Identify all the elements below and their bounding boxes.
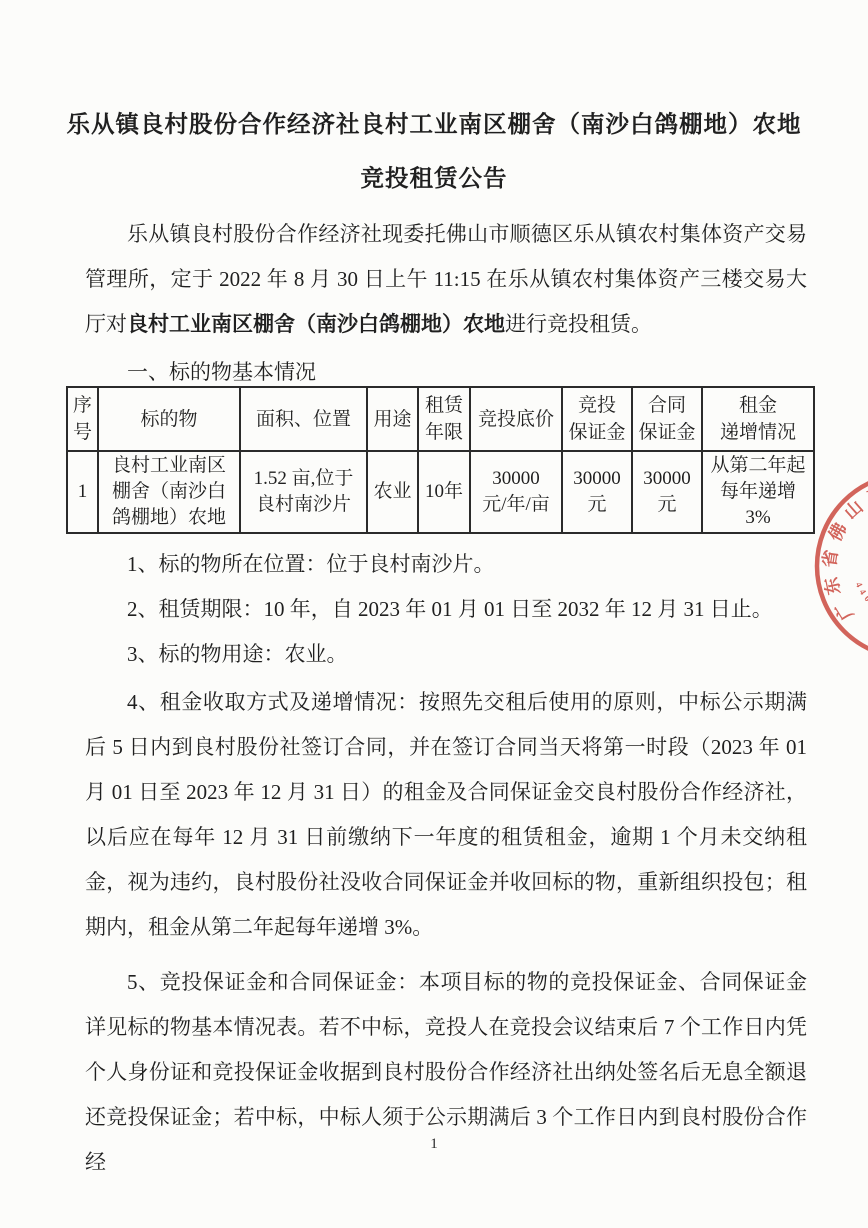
table-header-row: 序 号 标的物 面积、位置 用途 租赁 年限 竞投底价 竞投 保证金 合同 保证…	[67, 387, 814, 451]
title-line-2: 竞投租赁公告	[0, 152, 868, 206]
intro-post: 进行竞投租赁。	[505, 312, 652, 336]
cell-seq: 1	[67, 451, 98, 533]
seal-arc-text-holder: 广东省佛山市	[819, 479, 868, 624]
header-subject: 标的物	[98, 387, 240, 451]
cell-rent-increase: 从第二年起 每年递增 3%	[702, 451, 814, 533]
numbered-items: 1、标的物所在位置：位于良村南沙片。 2、租赁期限：10 年，自 2023 年 …	[85, 542, 807, 1185]
seal-outer-ring	[817, 474, 868, 658]
list-item-3: 3、标的物用途：农业。	[85, 632, 807, 677]
header-bid-deposit: 竞投 保证金	[562, 387, 632, 451]
cell-subject: 良村工业南区 棚舍（南沙白 鸽棚地）农地	[98, 451, 240, 533]
cell-bid-deposit: 30000 元	[562, 451, 632, 533]
intro-text: 乐从镇良村股份合作经济社现委托佛山市顺德区乐从镇农村集体资产交易管理所，定于 2…	[85, 212, 807, 347]
header-seq: 序 号	[67, 387, 98, 451]
seal-code-holder: 4406	[854, 581, 868, 612]
list-item-4: 4、租金收取方式及递增情况：按照先交租后使用的原则，中标公示期满后 5 日内到良…	[85, 680, 807, 950]
page-number: 1	[0, 1136, 868, 1153]
header-base-price: 竞投底价	[470, 387, 562, 451]
header-area-location: 面积、位置	[240, 387, 367, 451]
lot-info-table: 序 号 标的物 面积、位置 用途 租赁 年限 竞投底价 竞投 保证金 合同 保证…	[66, 386, 815, 534]
cell-contract-deposit: 30000 元	[632, 451, 702, 533]
intro-bold-subject: 良村工业南区棚舍（南沙白鸽棚地）农地	[127, 312, 505, 336]
table-row: 1 良村工业南区 棚舍（南沙白 鸽棚地）农地 1.52 亩,位于 良村南沙片 农…	[67, 451, 814, 533]
title-line-1: 乐从镇良村股份合作经济社良村工业南区棚舍（南沙白鸽棚地）农地	[0, 98, 868, 152]
cell-usage: 农业	[367, 451, 418, 533]
intro-paragraph: 乐从镇良村股份合作经济社现委托佛山市顺德区乐从镇农村集体资产交易管理所，定于 2…	[85, 212, 807, 347]
cell-area-location: 1.52 亩,位于 良村南沙片	[240, 451, 367, 533]
cell-lease-term: 10年	[418, 451, 470, 533]
document-page: 乐从镇良村股份合作经济社良村工业南区棚舍（南沙白鸽棚地）农地 竞投租赁公告 乐从…	[0, 0, 868, 1228]
header-rent-increase: 租金 递增情况	[702, 387, 814, 451]
page-title: 乐从镇良村股份合作经济社良村工业南区棚舍（南沙白鸽棚地）农地 竞投租赁公告	[0, 98, 868, 206]
cell-base-price: 30000 元/年/亩	[470, 451, 562, 533]
list-item-1: 1、标的物所在位置：位于良村南沙片。	[85, 542, 807, 587]
seal-arc-text: 广东省佛山市	[819, 479, 868, 624]
header-contract-deposit: 合同 保证金	[632, 387, 702, 451]
seal-code-text: 4406	[854, 581, 868, 612]
header-lease-term: 租赁 年限	[418, 387, 470, 451]
header-usage: 用途	[367, 387, 418, 451]
list-item-2: 2、租赁期限：10 年，自 2023 年 01 月 01 日至 2032 年 1…	[85, 587, 807, 632]
